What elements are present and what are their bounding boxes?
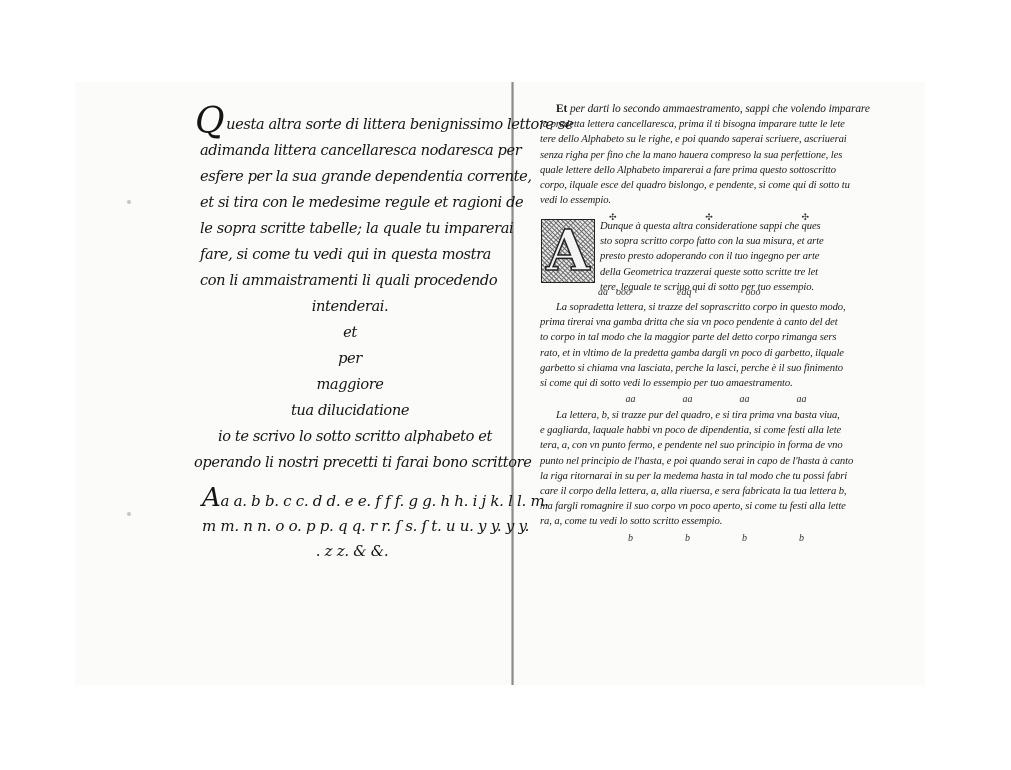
letter-sample: b	[659, 533, 716, 544]
letter-sample: edq	[677, 287, 691, 298]
text-line-centered: per	[200, 346, 500, 372]
text-line: presto presto adoperando con il tuo inge…	[600, 249, 830, 264]
binding-hole	[127, 200, 131, 204]
alphabet-line: m m. n n. o o. p p. q q. r r. ſ s. ſ t. …	[202, 514, 502, 539]
alphabet-line: Aa a. b b. c c. d d. e e. f f f. g g. h …	[202, 486, 502, 514]
alphabet-initial: A	[202, 483, 220, 513]
text-line: garbetto si chiama vna lasciata, perche …	[540, 361, 830, 376]
text-line: si come qui di sotto vedi lo essempio pe…	[540, 376, 830, 391]
text-line-centered: maggiore	[200, 372, 500, 398]
text-line: senza righa per fino che la mano hauera …	[540, 148, 830, 163]
text-line: Dunque à questa altra consideratione sap…	[600, 219, 830, 234]
letter-samples: aa ooo edq ooo	[540, 287, 830, 298]
paragraph-3: La sopradetta lettera, si trazze del sop…	[540, 300, 830, 391]
text-line: rato, et in vltimo de la predetta gamba …	[540, 346, 830, 361]
decorated-initial-letter: A	[546, 223, 589, 279]
text-line: et si tira con le medesime regule et rag…	[200, 190, 500, 216]
paragraph-2: Dunque à questa altra consideratione sap…	[600, 219, 830, 295]
paragraph-4: La lettera, b, si trazze pur del quadro,…	[540, 408, 830, 530]
alphabet-sample: Aa a. b b. c c. d d. e e. f f f. g g. h …	[202, 486, 502, 564]
binding-hole	[127, 512, 131, 516]
drop-initial: Q	[195, 109, 224, 135]
text-line: e gagliarda, laquale habbi vn poco de di…	[540, 423, 830, 438]
letter-samples: aa aa aa aa	[540, 394, 830, 405]
text-line: vedi lo essempio.	[540, 193, 830, 208]
text-line: della Geometrica trazzerai queste sotto …	[600, 265, 830, 280]
letter-sample: aa	[598, 287, 608, 298]
letter-sample: ooo	[745, 287, 760, 298]
text-line: ma fargli romagnire il suo corpo vn poco…	[540, 499, 830, 514]
text-line: la predetta lettera cancellaresca, prima…	[540, 117, 830, 132]
letter-sample: aa	[716, 394, 773, 405]
alphabet-line: . z z. & &.	[202, 539, 502, 564]
letter-samples: b b b b	[540, 533, 830, 544]
text-line: quale lettere dello Alphabeto imparerai …	[540, 163, 830, 178]
text-line: tere dello Alphabeto su le righe, e poi …	[540, 132, 830, 147]
text-line: fare, si come tu vedi qui in questa most…	[200, 242, 500, 268]
text-line: corpo, ilquale esce del quadro bislongo,…	[540, 178, 830, 193]
text-line: le sopra scritte tabelle; la quale tu im…	[200, 216, 500, 242]
text-line: adimanda littera cancellaresca nodaresca…	[200, 138, 500, 164]
text-line: care il corpo della lettera, a, alla riu…	[540, 484, 830, 499]
letter-sample: aa	[659, 394, 716, 405]
letter-sample: aa	[602, 394, 659, 405]
text-line: La lettera, b, si trazze pur del quadro,…	[540, 408, 830, 423]
text-line: Et per darti lo secondo ammaestramento, …	[540, 102, 830, 117]
decorated-initial: A	[541, 219, 595, 283]
letter-sample: aa	[773, 394, 830, 405]
text-line: Questa altra sorte di littera benignissi…	[200, 112, 500, 138]
left-page: Questa altra sorte di littera benignissi…	[75, 82, 513, 685]
text-line: esfere per la sua grande dependentia cor…	[200, 164, 500, 190]
calligraphy-text: Questa altra sorte di littera benignissi…	[200, 112, 500, 476]
text-line: intenderai.	[200, 294, 500, 320]
text-line-centered: tua dilucidatione	[200, 398, 500, 424]
letter-sample: ooo	[616, 287, 631, 298]
book-spread: Questa altra sorte di littera benignissi…	[75, 82, 925, 685]
text-line: sto sopra scritto corpo fatto con la sua…	[600, 234, 830, 249]
text-line-centered: et	[200, 320, 500, 346]
letter-sample: b	[716, 533, 773, 544]
text-line: io te scrivo lo sotto scritto alphabeto …	[200, 424, 500, 450]
paragraph-1: Et per darti lo secondo ammaestramento, …	[540, 102, 830, 208]
text-line: la riga ritornarai in su per la medema h…	[540, 469, 830, 484]
text-line: tera, a, con vn punto fermo, e pendente …	[540, 438, 830, 453]
letter-sample: b	[773, 533, 830, 544]
text-line: ra, a, come tu vedi lo sotto scritto ess…	[540, 514, 830, 529]
text-line: prima tirerai vna gamba dritta che sia v…	[540, 315, 830, 330]
text-line: operando li nostri precetti ti farai bon…	[194, 450, 500, 476]
text-line: con li ammaistramenti li quali procedend…	[200, 268, 500, 294]
right-page: Et per darti lo secondo ammaestramento, …	[513, 82, 925, 685]
letter-sample: b	[602, 533, 659, 544]
text-line: punto nel principio de l'hasta, e poi qu…	[540, 454, 830, 469]
text-line: to corpo in tal modo che la maggior part…	[540, 330, 830, 345]
text-line: La sopradetta lettera, si trazze del sop…	[540, 300, 830, 315]
